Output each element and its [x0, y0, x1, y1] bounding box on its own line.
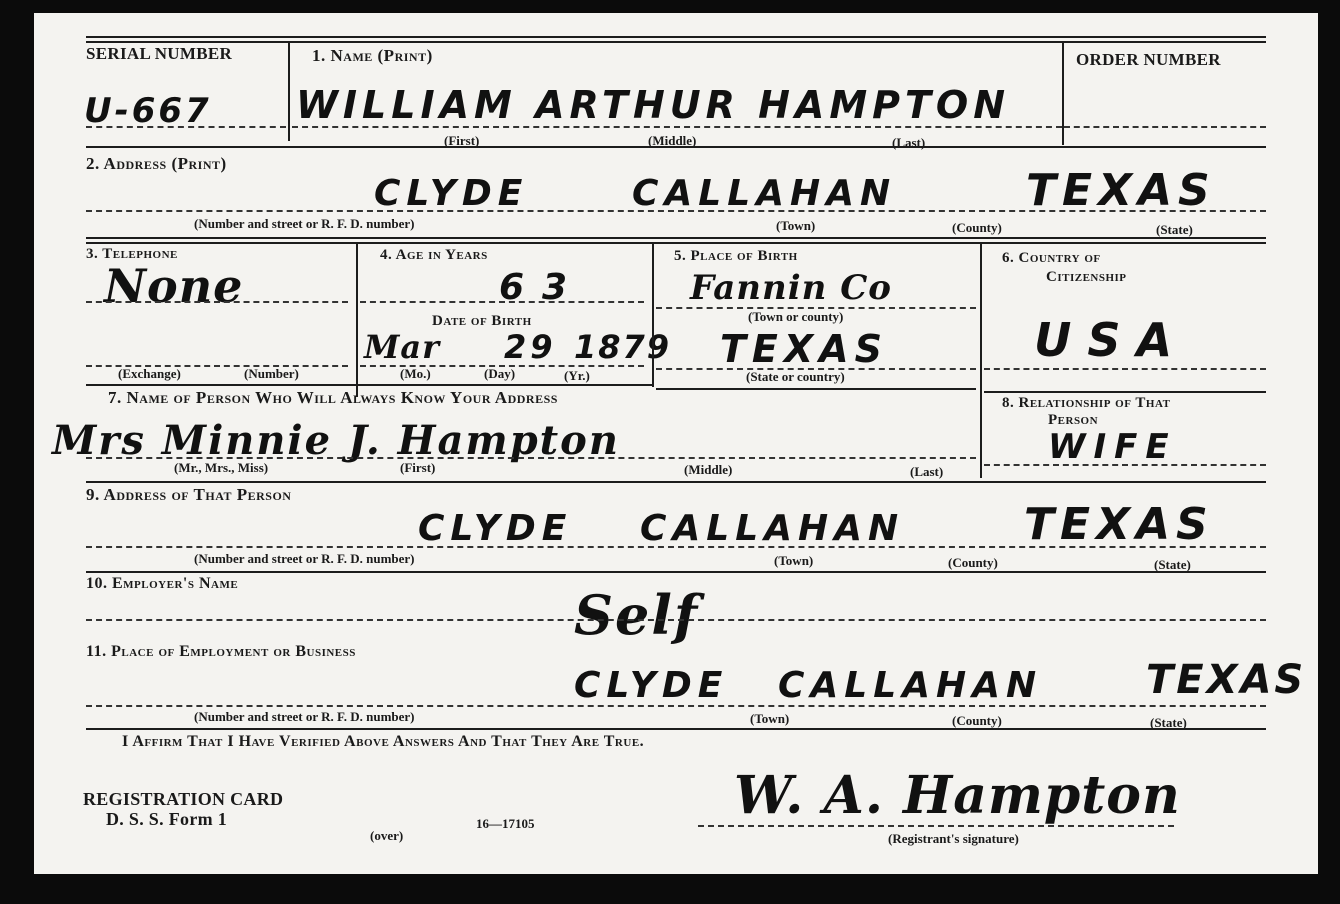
contact-address-county: CALLAHAN [640, 508, 904, 549]
dob-sub-mo: (Mo.) [400, 366, 431, 382]
name-label: 1. Name (Print) [312, 46, 433, 66]
address-sub-street: (Number and street or R. F. D. number) [194, 216, 415, 232]
divider [356, 244, 358, 397]
footer-form: D. S. S. Form 1 [106, 809, 227, 830]
citizenship-label-2: Citizenship [1046, 269, 1127, 286]
contact-sub-last: (Last) [910, 464, 943, 480]
employment-sub-town: (Town) [750, 711, 789, 727]
signature-dash [698, 825, 1174, 827]
contact-address-state: TEXAS [1024, 499, 1214, 550]
dob-sub-yr: (Yr.) [564, 368, 590, 384]
citizenship-dash [984, 368, 1266, 370]
registrant-signature: W. A. Hampton [734, 765, 1181, 826]
address-sub-county: (County) [952, 220, 1002, 236]
serial-dash [86, 126, 286, 128]
place-of-employment-state: TEXAS [1146, 657, 1306, 703]
name-dash [292, 126, 1062, 128]
address-label: 2. Address (Print) [86, 154, 227, 174]
row-rule [86, 146, 1266, 148]
dob-sub-day: (Day) [484, 366, 515, 382]
registration-card: SERIAL NUMBER U-667 1. Name (Print) Will… [34, 13, 1318, 874]
address-dash [86, 210, 1266, 212]
place-of-employment-county: CALLAHAN [778, 665, 1042, 706]
order-number-label: ORDER NUMBER [1076, 50, 1221, 70]
place-of-birth-state: TEXAS [720, 327, 888, 371]
citizenship-value: USA [1034, 313, 1188, 367]
divider [652, 244, 654, 387]
footer-code: 16—17105 [476, 816, 535, 832]
name-sub-last: (Last) [892, 135, 925, 151]
signature-sub: (Registrant's signature) [888, 831, 1019, 847]
employment-sub-street: (Number and street or R. F. D. number) [194, 709, 415, 725]
telephone-sub-exchange: (Exchange) [118, 366, 181, 382]
telephone-dash [86, 301, 348, 303]
top-rule [86, 36, 1266, 38]
address-town: CLYDE [374, 173, 528, 214]
row-rule [86, 481, 1266, 483]
relationship-dash [984, 464, 1266, 466]
top-rule-2 [86, 41, 1266, 43]
footer-title: REGISTRATION CARD [83, 789, 283, 810]
pob-sub-state: (State or country) [746, 369, 845, 385]
employer-dash [86, 619, 1266, 621]
pob-sub-town: (Town or county) [748, 309, 843, 325]
age-label: 4. Age in Years [380, 247, 488, 264]
row-rule [984, 391, 1266, 393]
address-county: CALLAHAN [632, 173, 896, 214]
place-of-employment-label: 11. Place of Employment or Business [86, 643, 356, 661]
contact-sub-title: (Mr., Mrs., Miss) [174, 460, 268, 476]
address-state: TEXAS [1026, 165, 1216, 216]
age-dash [360, 301, 644, 303]
serial-number-label: SERIAL NUMBER [86, 44, 232, 64]
row-rule [86, 384, 652, 386]
contact-person-dash [86, 457, 976, 459]
contact-address-town: CLYDE [418, 508, 572, 549]
employer-value: Self [574, 583, 699, 647]
address-sub-town: (Town) [776, 218, 815, 234]
contact-address-sub-town: (Town) [774, 553, 813, 569]
row-rule [86, 571, 1266, 573]
address-sub-state: (State) [1156, 222, 1193, 238]
row-rule-2 [86, 242, 1266, 244]
row-rule [86, 237, 1266, 239]
divider [1062, 43, 1064, 145]
order-number-dash [1064, 126, 1266, 128]
contact-address-sub-street: (Number and street or R. F. D. number) [194, 551, 415, 567]
citizenship-label-1: 6. Country of [1002, 250, 1101, 267]
affirmation-text: I Affirm That I Have Verified Above Answ… [122, 733, 644, 751]
serial-number-value: U-667 [84, 91, 212, 131]
divider [288, 43, 290, 141]
telephone-value: None [104, 259, 243, 313]
place-of-employment-town: CLYDE [574, 665, 728, 706]
place-of-birth-label: 5. Place of Birth [674, 248, 798, 265]
name-value: William Arthur Hampton [296, 83, 1010, 127]
row-rule [86, 728, 1266, 730]
contact-sub-first: (First) [400, 460, 435, 476]
contact-sub-middle: (Middle) [684, 462, 732, 478]
footer-over: (over) [370, 828, 403, 844]
employment-sub-county: (County) [952, 713, 1002, 729]
contact-address-dash [86, 546, 1266, 548]
place-of-employment-dash [86, 705, 1266, 707]
dob-day: 29 [504, 328, 557, 366]
place-of-birth-town: Fannin Co [690, 268, 892, 308]
employer-label: 10. Employer's Name [86, 575, 238, 593]
row-rule [656, 388, 976, 390]
contact-address-sub-county: (County) [948, 555, 998, 571]
relationship-label-1: 8. Relationship of That [1002, 395, 1170, 412]
dob-month: Mar [364, 328, 440, 366]
telephone-sub-number: (Number) [244, 366, 299, 382]
contact-address-label: 9. Address of That Person [86, 485, 291, 505]
divider [980, 244, 982, 478]
contact-person-label: 7. Name of Person Who Will Always Know Y… [108, 388, 558, 408]
dob-year: 1879 [574, 328, 671, 366]
relationship-value: WIFE [1048, 427, 1177, 467]
